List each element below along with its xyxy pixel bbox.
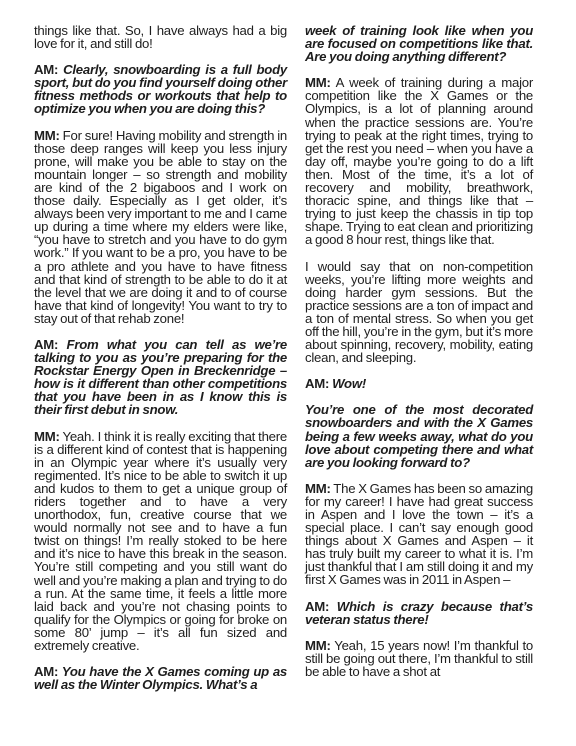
speaker-label: AM: [305,376,329,391]
question-paragraph: AM: Wow! [305,377,533,390]
paragraph-text: The X Games has been so amaz­ing for my … [305,481,533,588]
paragraph-text: You have the X Games coming up as well a… [34,664,287,692]
left-column: things like that. So, I have always had … [34,24,287,704]
answer-paragraph: MM: For sure! Having mobility and streng… [34,129,287,325]
question-paragraph: week of training look like when you are … [305,24,533,63]
paragraph-text: I would say that on non-competition week… [305,259,533,366]
paragraph-text: Wow! [329,376,366,391]
paragraph-text: things like that. So, I have always had … [34,23,287,51]
right-column: week of training look like when you are … [305,24,533,691]
answer-paragraph: MM: The X Games has been so amaz­ing for… [305,482,533,587]
paragraph-text: For sure! Having mobility and strength i… [34,128,287,326]
magazine-page: things like that. So, I have always had … [0,0,576,746]
answer-paragraph: things like that. So, I have always had … [34,24,287,50]
paragraph-text: week of training look like when you are … [305,23,533,64]
answer-paragraph: MM: Yeah. I think it is really exciting … [34,430,287,653]
paragraph-text: You’re one of the most decorated snowboa… [305,402,533,469]
paragraph-text: Which is crazy because that’s vet­eran s… [305,599,533,627]
question-paragraph: You’re one of the most decorated snowboa… [305,403,533,468]
paragraph-text: Yeah, 15 years now! I’m thankful to stil… [305,638,533,679]
paragraph-text: Clearly, snowboarding is a full body spo… [34,62,287,116]
question-paragraph: AM: From what you can tell as we’re talk… [34,338,287,417]
paragraph-text: A week of training during a major compet… [305,75,533,247]
paragraph-text: From what you can tell as we’re talking … [34,337,287,417]
answer-paragraph: MM: Yeah, 15 years now! I’m thankful to … [305,639,533,678]
paragraph-text: Yeah. I think it is really exciting that… [34,429,287,654]
question-paragraph: AM: Clearly, snowboarding is a full body… [34,63,287,115]
question-paragraph: AM: Which is crazy because that’s vet­er… [305,600,533,626]
answer-paragraph: I would say that on non-competition week… [305,260,533,365]
question-paragraph: AM: You have the X Games coming up as we… [34,665,287,691]
answer-paragraph: MM: A week of training during a major co… [305,76,533,246]
